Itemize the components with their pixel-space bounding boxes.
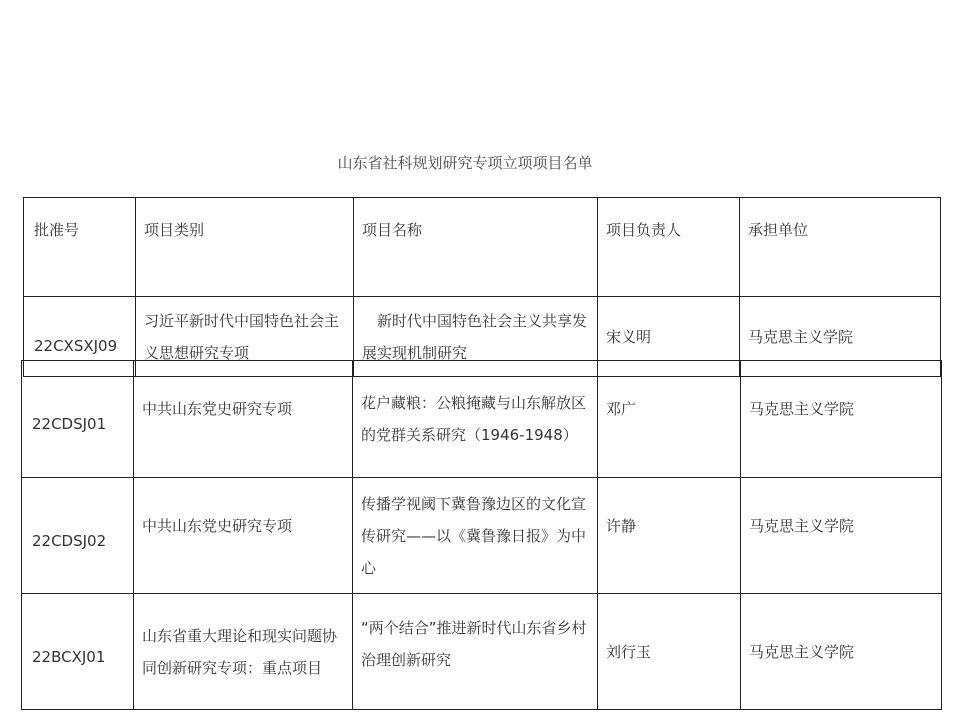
document-title: 山东省社科规划研究专项立项项目名单	[0, 152, 930, 173]
cell-unit: 马克思主义学院	[741, 478, 942, 594]
table-row: 22CDSJ01 中共山东党史研究专项 花户藏粮：公粮掩藏与山东解放区的党群关系…	[22, 361, 942, 478]
header-approval-no: 批准号	[24, 198, 136, 297]
cell-leader: 许静	[598, 478, 741, 594]
table-row: 22BCXJ01 山东省重大理论和现实问题协同创新研究专项：重点项目 “两个结合…	[22, 594, 942, 710]
header-category: 项目类别	[136, 198, 354, 297]
project-table-top: 批准号 项目类别 项目名称 项目负责人 承担单位 22CXSXJ09 习近平新时…	[23, 197, 941, 377]
table-header-row: 批准号 项目类别 项目名称 项目负责人 承担单位	[24, 198, 941, 297]
header-leader: 项目负责人	[598, 198, 740, 297]
cell-category: 中共山东党史研究专项	[134, 361, 353, 478]
cell-project-name: 传播学视阈下冀鲁豫边区的文化宣传研究——以《冀鲁豫日报》为中心	[353, 478, 598, 594]
table-row: 22CDSJ02 中共山东党史研究专项 传播学视阈下冀鲁豫边区的文化宣传研究——…	[22, 478, 942, 594]
cell-category: 山东省重大理论和现实问题协同创新研究专项：重点项目	[134, 594, 353, 710]
cell-unit: 马克思主义学院	[741, 594, 942, 710]
project-table-bottom: 22CDSJ01 中共山东党史研究专项 花户藏粮：公粮掩藏与山东解放区的党群关系…	[21, 360, 942, 710]
cell-approval-no: 22CDSJ02	[22, 478, 134, 594]
cell-leader: 邓广	[598, 361, 741, 478]
header-project-name: 项目名称	[354, 198, 598, 297]
cell-unit: 马克思主义学院	[741, 361, 942, 478]
header-unit: 承担单位	[740, 198, 941, 297]
cell-leader: 刘行玉	[598, 594, 741, 710]
cell-project-name: “两个结合”推进新时代山东省乡村治理创新研究	[353, 594, 598, 710]
cell-category: 中共山东党史研究专项	[134, 478, 353, 594]
cell-approval-no: 22CDSJ01	[22, 361, 134, 478]
cell-approval-no: 22BCXJ01	[22, 594, 134, 710]
cell-project-name: 花户藏粮：公粮掩藏与山东解放区的党群关系研究（1946-1948）	[353, 361, 598, 478]
